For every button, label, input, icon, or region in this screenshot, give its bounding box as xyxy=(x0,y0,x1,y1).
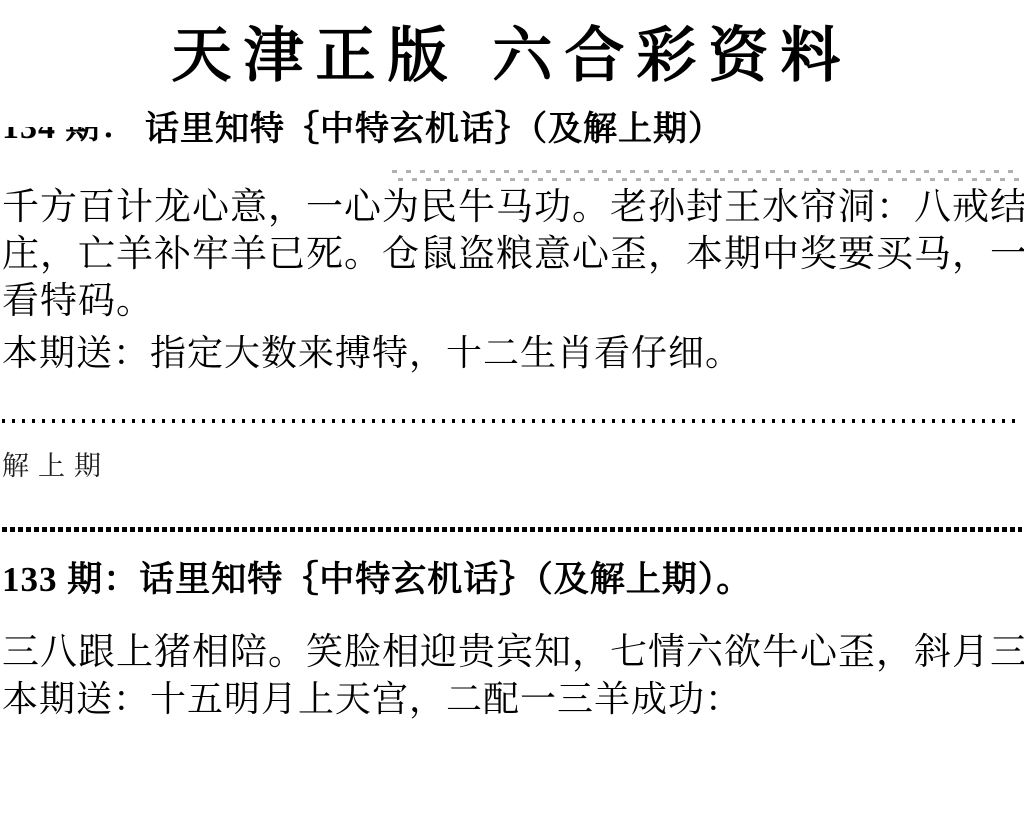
page-title: 天津正版 六合彩资料 xyxy=(2,14,1022,98)
issue-133-heading: 133 期：话里知特｛中特玄机话｝（及解上期）。 xyxy=(2,556,1022,604)
issue-134-number-clipped: 134 期： xyxy=(2,127,136,147)
issue-134-heading-text: 话里知特｛中特玄机话｝（及解上期） xyxy=(145,111,723,148)
paragraph-line: 庄，亡羊补牢羊已死。仓鼠盗粮意心歪，本期中奖要买马，一五上下 xyxy=(2,231,1022,278)
issue-134-paragraph: 千方百计龙心意，一心为民牛马功。老孙封王水帘洞：八戒结亲高老 庄，亡羊补牢羊已死… xyxy=(2,184,1022,325)
issue-134-heading: 134 期： 话里知特｛中特玄机话｝（及解上期） xyxy=(2,108,1022,152)
dotted-divider xyxy=(2,419,1022,423)
issue-133-gift-line: 本期送：十五明月上天宫，二配一三羊成功： xyxy=(2,679,1022,719)
paragraph-line: 三八跟上猪相陪。笑脸相迎贵宾知，七情六欲牛心歪，斜月三更鸡打 xyxy=(2,632,1024,673)
document-page: 天津正版 六合彩资料 134 期： 话里知特｛中特玄机话｝（及解上期） 千方百计… xyxy=(0,0,1024,834)
faded-print-artifact xyxy=(392,170,1022,184)
paragraph-line: 看特码。 xyxy=(2,278,1022,325)
paragraph-line: 千方百计龙心意，一心为民牛马功。老孙封王水帘洞：八戒结亲高老 xyxy=(2,184,1022,231)
issue-133-paragraph: 三八跟上猪相陪。笑脸相迎贵宾知，七情六欲牛心歪，斜月三更鸡打 更。一见钟情共鱼龙… xyxy=(2,628,1022,677)
jie-shang-qi-label: 解上期 xyxy=(2,449,1022,483)
issue-134-gift-line: 本期送：指定大数来搏特，十二生肖看仔细。 xyxy=(2,331,1022,375)
artifact-row xyxy=(398,178,1022,181)
bold-dotted-divider xyxy=(2,527,1022,532)
artifact-row xyxy=(392,170,1022,173)
